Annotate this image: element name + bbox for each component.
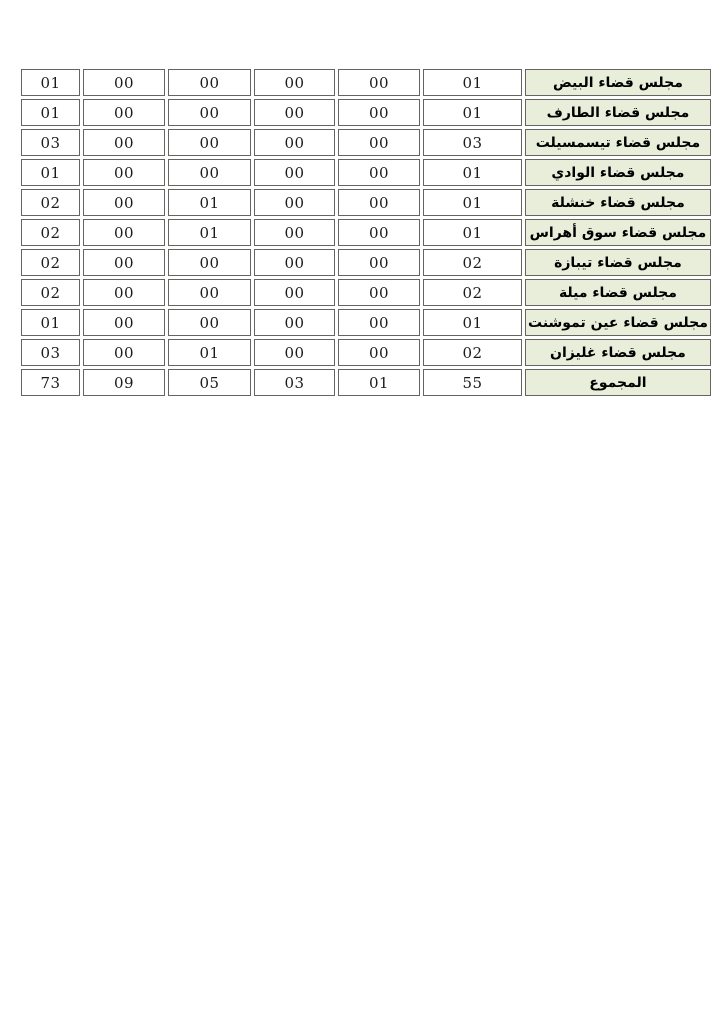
table-row: مجلس قضاء ميلة020000000002 xyxy=(21,279,711,306)
row-label-cell: مجلس قضاء خنشلة xyxy=(525,189,711,216)
row-label-cell: مجلس قضاء تيسمسيلت xyxy=(525,129,711,156)
value-cell: 02 xyxy=(423,249,522,276)
value-cell: 01 xyxy=(168,219,251,246)
table-row: مجلس قضاء تيبازة020000000002 xyxy=(21,249,711,276)
value-cell: 09 xyxy=(83,369,165,396)
value-cell: 01 xyxy=(168,189,251,216)
value-cell: 55 xyxy=(423,369,522,396)
table-row: مجلس قضاء الطارف010000000001 xyxy=(21,99,711,126)
value-cell: 00 xyxy=(338,69,420,96)
value-cell: 00 xyxy=(168,99,251,126)
value-cell: 03 xyxy=(21,129,80,156)
value-cell: 00 xyxy=(168,159,251,186)
value-cell: 05 xyxy=(168,369,251,396)
row-label-cell: مجلس قضاء سوق أهراس xyxy=(525,219,711,246)
value-cell: 02 xyxy=(423,279,522,306)
table-row: مجلس قضاء تيسمسيلت030000000003 xyxy=(21,129,711,156)
value-cell: 00 xyxy=(83,129,165,156)
value-cell: 00 xyxy=(338,189,420,216)
value-cell: 03 xyxy=(423,129,522,156)
value-cell: 00 xyxy=(254,249,335,276)
total-row: المجموع550103050973 xyxy=(21,369,711,396)
value-cell: 00 xyxy=(338,339,420,366)
value-cell: 01 xyxy=(21,309,80,336)
value-cell: 00 xyxy=(83,159,165,186)
value-cell: 00 xyxy=(338,309,420,336)
value-cell: 00 xyxy=(254,219,335,246)
value-cell: 02 xyxy=(21,189,80,216)
value-cell: 02 xyxy=(21,249,80,276)
table-body: مجلس قضاء البيض010000000001مجلس قضاء الط… xyxy=(21,69,711,396)
value-cell: 03 xyxy=(21,339,80,366)
value-cell: 01 xyxy=(168,339,251,366)
table-row: مجلس قضاء غليزان020000010003 xyxy=(21,339,711,366)
value-cell: 00 xyxy=(254,339,335,366)
value-cell: 02 xyxy=(21,219,80,246)
value-cell: 00 xyxy=(254,309,335,336)
value-cell: 00 xyxy=(83,69,165,96)
value-cell: 01 xyxy=(423,309,522,336)
value-cell: 00 xyxy=(168,129,251,156)
value-cell: 01 xyxy=(423,69,522,96)
table-row: مجلس قضاء عين تموشنت010000000001 xyxy=(21,309,711,336)
row-label-cell: مجلس قضاء عين تموشنت xyxy=(525,309,711,336)
value-cell: 01 xyxy=(423,219,522,246)
value-cell: 01 xyxy=(423,159,522,186)
value-cell: 00 xyxy=(83,99,165,126)
value-cell: 00 xyxy=(338,279,420,306)
row-label-cell: مجلس قضاء الطارف xyxy=(525,99,711,126)
value-cell: 00 xyxy=(254,279,335,306)
document-page: مجلس قضاء البيض010000000001مجلس قضاء الط… xyxy=(0,0,724,1024)
value-cell: 02 xyxy=(423,339,522,366)
value-cell: 00 xyxy=(338,249,420,276)
row-label-cell: مجلس قضاء ميلة xyxy=(525,279,711,306)
value-cell: 00 xyxy=(83,309,165,336)
value-cell: 00 xyxy=(338,129,420,156)
value-cell: 02 xyxy=(21,279,80,306)
value-cell: 00 xyxy=(168,69,251,96)
value-cell: 01 xyxy=(423,189,522,216)
value-cell: 00 xyxy=(254,69,335,96)
value-cell: 00 xyxy=(83,339,165,366)
value-cell: 00 xyxy=(83,219,165,246)
value-cell: 00 xyxy=(168,279,251,306)
value-cell: 01 xyxy=(21,99,80,126)
value-cell: 00 xyxy=(168,309,251,336)
value-cell: 00 xyxy=(168,249,251,276)
table-row: مجلس قضاء البيض010000000001 xyxy=(21,69,711,96)
value-cell: 00 xyxy=(83,279,165,306)
value-cell: 00 xyxy=(338,99,420,126)
value-cell: 00 xyxy=(83,189,165,216)
value-cell: 00 xyxy=(254,129,335,156)
value-cell: 03 xyxy=(254,369,335,396)
value-cell: 73 xyxy=(21,369,80,396)
value-cell: 01 xyxy=(423,99,522,126)
value-cell: 00 xyxy=(254,159,335,186)
value-cell: 01 xyxy=(21,69,80,96)
row-label-cell: مجلس قضاء البيض xyxy=(525,69,711,96)
table-row: مجلس قضاء سوق أهراس010000010002 xyxy=(21,219,711,246)
value-cell: 01 xyxy=(338,369,420,396)
row-label-cell: مجلس قضاء الوادي xyxy=(525,159,711,186)
value-cell: 00 xyxy=(254,189,335,216)
row-label-cell: المجموع xyxy=(525,369,711,396)
row-label-cell: مجلس قضاء تيبازة xyxy=(525,249,711,276)
value-cell: 01 xyxy=(21,159,80,186)
value-cell: 00 xyxy=(83,249,165,276)
value-cell: 00 xyxy=(338,159,420,186)
value-cell: 00 xyxy=(338,219,420,246)
judicial-councils-table: مجلس قضاء البيض010000000001مجلس قضاء الط… xyxy=(18,66,714,399)
table-row: مجلس قضاء الوادي010000000001 xyxy=(21,159,711,186)
table-row: مجلس قضاء خنشلة010000010002 xyxy=(21,189,711,216)
row-label-cell: مجلس قضاء غليزان xyxy=(525,339,711,366)
value-cell: 00 xyxy=(254,99,335,126)
